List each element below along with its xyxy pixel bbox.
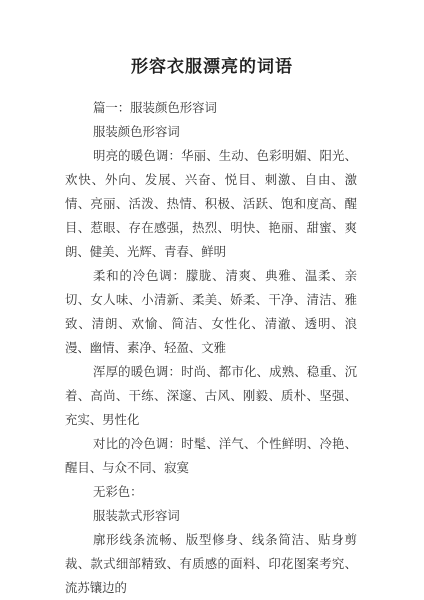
document-body: 篇一：服装颜色形容词 服装颜色形容词 明亮的暖色调：华丽、生动、色彩明媚、阳光、… — [65, 96, 357, 600]
paragraph-style: 廓形线条流畅、版型修身、线条简洁、贴身剪裁、款式细部精致、有质感的面料、印花图案… — [65, 528, 357, 600]
paragraph-bright-warm: 明亮的暖色调：华丽、生动、色彩明媚、阳光、欢快、外向、发展、兴奋、悦目、刺激、自… — [65, 144, 357, 264]
paragraph-deep-warm: 浑厚的暖色调：时尚、都市化、成熟、稳重、沉着、高尚、干练、深邃、古风、刚毅、质朴… — [65, 360, 357, 432]
paragraph-contrast-cool: 对比的冷色调：时髦、洋气、个性鲜明、冷艳、醒目、与众不同、寂寞 — [65, 432, 357, 480]
subheading-color-adjectives: 服装颜色形容词 — [65, 120, 357, 144]
document-page: 形容衣服漂亮的词语 篇一：服装颜色形容词 服装颜色形容词 明亮的暖色调：华丽、生… — [0, 0, 424, 600]
paragraph-soft-cool: 柔和的冷色调：朦胧、清爽、典雅、温柔、亲切、女人味、小清新、柔美、娇柔、干净、清… — [65, 264, 357, 360]
subheading-style-adjectives: 服装款式形容词 — [65, 504, 357, 528]
paragraph-achromatic: 无彩色： — [65, 480, 357, 504]
document-title: 形容衣服漂亮的词语 — [0, 52, 424, 77]
section-heading-1: 篇一：服装颜色形容词 — [65, 96, 357, 120]
